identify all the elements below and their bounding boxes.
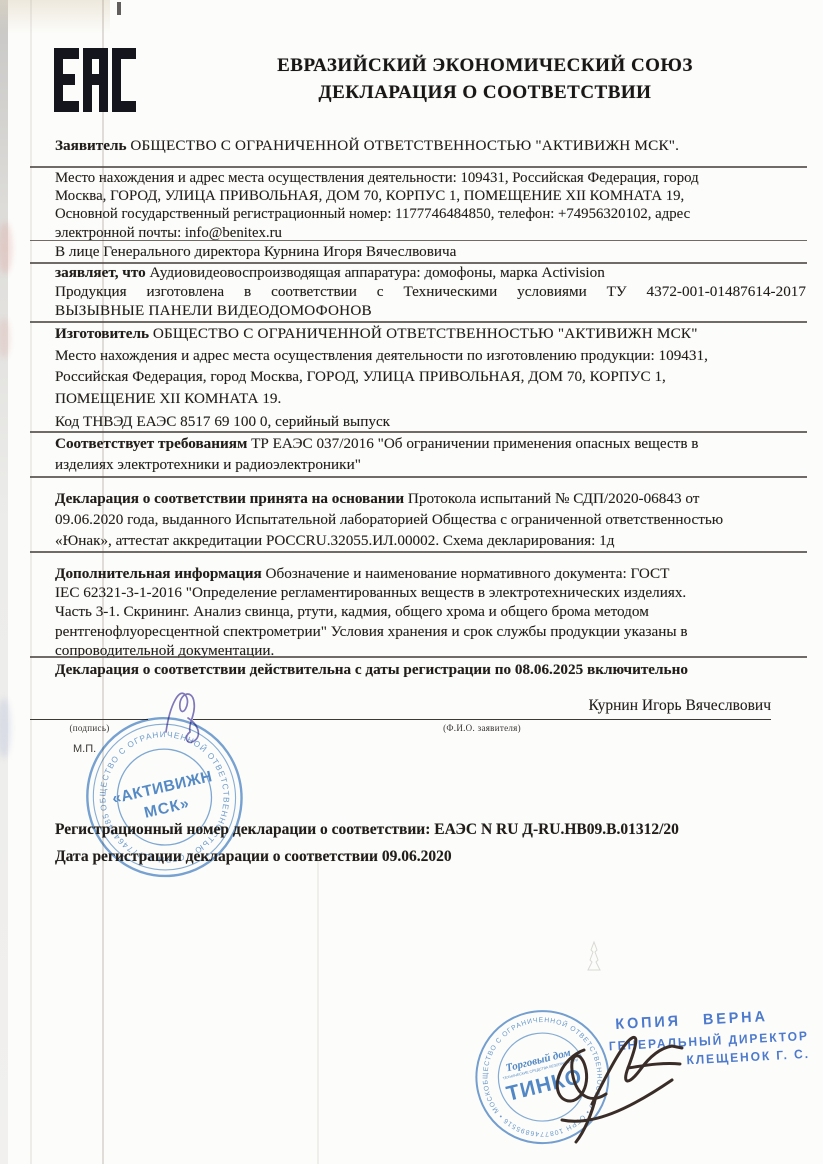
applicant-label: Заявитель — [55, 137, 127, 154]
divider — [30, 551, 807, 553]
additional-info-section: Дополнительная информация Обозначение и … — [55, 564, 806, 660]
manufacturer-label: Изготовитель — [55, 325, 149, 342]
applicant-section: Заявитель ОБЩЕСТВО С ОГРАНИЧЕННОЙ ОТВЕТС… — [55, 136, 806, 156]
complies-label: Соответствует требованиям — [55, 435, 247, 452]
scan-crease — [317, 860, 319, 1164]
basis-line2: 09.06.2020 года, выданного Испытательной… — [55, 509, 806, 530]
basis-label: Декларация о соответствии принята на осн… — [55, 490, 404, 507]
tnved-code-line: Код ТНВЭД ЕАЭС 8517 69 100 0, серийный в… — [55, 412, 806, 432]
reg-number-label: Регистрационный номер декларации о соотв… — [55, 821, 430, 838]
divider — [30, 656, 807, 658]
divider — [30, 240, 807, 241]
fio-caption: (Ф.И.О. заявителя) — [193, 723, 771, 733]
basis-line3: «Юнак», аттестат аккредитации POCCRU.320… — [55, 530, 806, 551]
divider — [30, 166, 807, 168]
scan-smudge — [0, 222, 12, 274]
additional-label: Дополнительная информация — [55, 565, 262, 582]
director-signature — [532, 1008, 722, 1153]
document-title: ЕВРАЗИЙСКИЙ ЭКОНОМИЧЕСКИЙ СОЮЗ ДЕКЛАРАЦИ… — [165, 52, 805, 106]
validity-line: Декларация о соответствии действительна … — [55, 660, 806, 680]
reg-number-value: ЕАЭС N RU Д-RU.НВ09.В.01312/20 — [434, 821, 679, 838]
scan-crease — [30, 0, 32, 1164]
manufacturer-address-line: Место нахождения и адрес места осуществл… — [55, 345, 806, 367]
applicant-address-section: Место нахождения и адрес места осуществл… — [55, 169, 806, 242]
address-line: Место нахождения и адрес места осуществл… — [55, 169, 806, 187]
compliance-section: Соответствует требованиям ТР ЕАЭС 037/20… — [55, 434, 806, 475]
manufacturer-value: ОБЩЕСТВО С ОГРАНИЧЕННОЙ ОТВЕТСТВЕННОСТЬЮ… — [153, 325, 698, 342]
tnved-code-section: Код ТНВЭД ЕАЭС 8517 69 100 0, серийный в… — [55, 412, 806, 432]
eac-logo-icon — [54, 46, 136, 119]
scan-corner-tint — [0, 0, 110, 34]
validity-section: Декларация о соответствии действительна … — [55, 660, 806, 680]
manufacturer-address-line: ПОМЕЩЕНИЕ XII КОМНАТА 19. — [55, 388, 806, 410]
title-line-2: ДЕКЛАРАЦИЯ О СООТВЕТСТВИИ — [165, 79, 805, 106]
manufacturer-address-line: Российская Федерация, город Москва, ГОРО… — [55, 366, 806, 388]
registration-number-section: Регистрационный номер декларации о соотв… — [55, 821, 806, 839]
address-line: Основной государственный регистрационный… — [55, 205, 806, 223]
reg-date-value: 09.06.2020 — [382, 848, 452, 865]
scan-edge-strip — [0, 0, 8, 1164]
registration-date-section: Дата регистрации декларации о соответств… — [55, 848, 806, 866]
declares-product: Аудиовидеовоспроизводящая аппаратура: до… — [150, 264, 605, 281]
complies-value-line2: изделиях электротехники и радиоэлектрони… — [55, 455, 806, 476]
applicant-value: ОБЩЕСТВО С ОГРАНИЧЕННОЙ ОТВЕТСТВЕННОСТЬЮ… — [130, 137, 679, 154]
reg-date-label: Дата регистрации декларации о соответств… — [55, 848, 378, 865]
address-line: Москва, ГОРОД, УЛИЦА ПРИВОЛЬНАЯ, ДОМ 70,… — [55, 187, 806, 205]
faint-stamp-remnant — [584, 940, 604, 979]
additional-line3: Часть 3-1. Скрининг. Анализ свинца, ртут… — [55, 602, 806, 621]
declares-panels-line: ВЫЗЫВНЫЕ ПАНЕЛИ ВИДЕОДОМОФОНОВ — [55, 302, 806, 321]
divider — [30, 431, 807, 433]
additional-line2: IEC 62321-3-1-2016 "Определение регламен… — [55, 583, 806, 602]
applicant-fio: Курнин Игорь Вячеслвович — [400, 697, 771, 715]
basis-line1: Протокола испытаний № СДП/2020-06843 от — [408, 490, 699, 507]
basis-section: Декларация о соответствии принята на осн… — [55, 488, 806, 551]
scan-mark — [117, 2, 121, 15]
title-line-1: ЕВРАЗИЙСКИЙ ЭКОНОМИЧЕСКИЙ СОЮЗ — [165, 52, 805, 79]
scan-smudge — [0, 698, 11, 758]
in-person-line: В лице Генерального директора Курнина Иг… — [55, 242, 806, 262]
fio-line — [193, 719, 771, 720]
in-person-section: В лице Генерального директора Курнина Иг… — [55, 242, 806, 262]
declares-label: заявляет, что — [55, 264, 146, 281]
additional-line1: Обозначение и наименование нормативного … — [266, 565, 670, 582]
declares-tu-line: Продукция изготовлена в соответствии с Т… — [55, 283, 806, 302]
scan-smudge — [0, 318, 10, 358]
additional-line4: рентгенофлуоресцентной спектрометрии" Ус… — [55, 622, 806, 641]
complies-value: ТР ЕАЭС 037/2016 "Об ограничении примене… — [251, 435, 698, 452]
manufacturer-section: Изготовитель ОБЩЕСТВО С ОГРАНИЧЕННОЙ ОТВ… — [55, 323, 806, 409]
declaration-subject-section: заявляет, что Аудиовидеовоспроизводящая … — [55, 264, 806, 320]
divider — [30, 476, 807, 478]
declaration-document: ЕВРАЗИЙСКИЙ ЭКОНОМИЧЕСКИЙ СОЮЗ ДЕКЛАРАЦИ… — [0, 0, 823, 1164]
